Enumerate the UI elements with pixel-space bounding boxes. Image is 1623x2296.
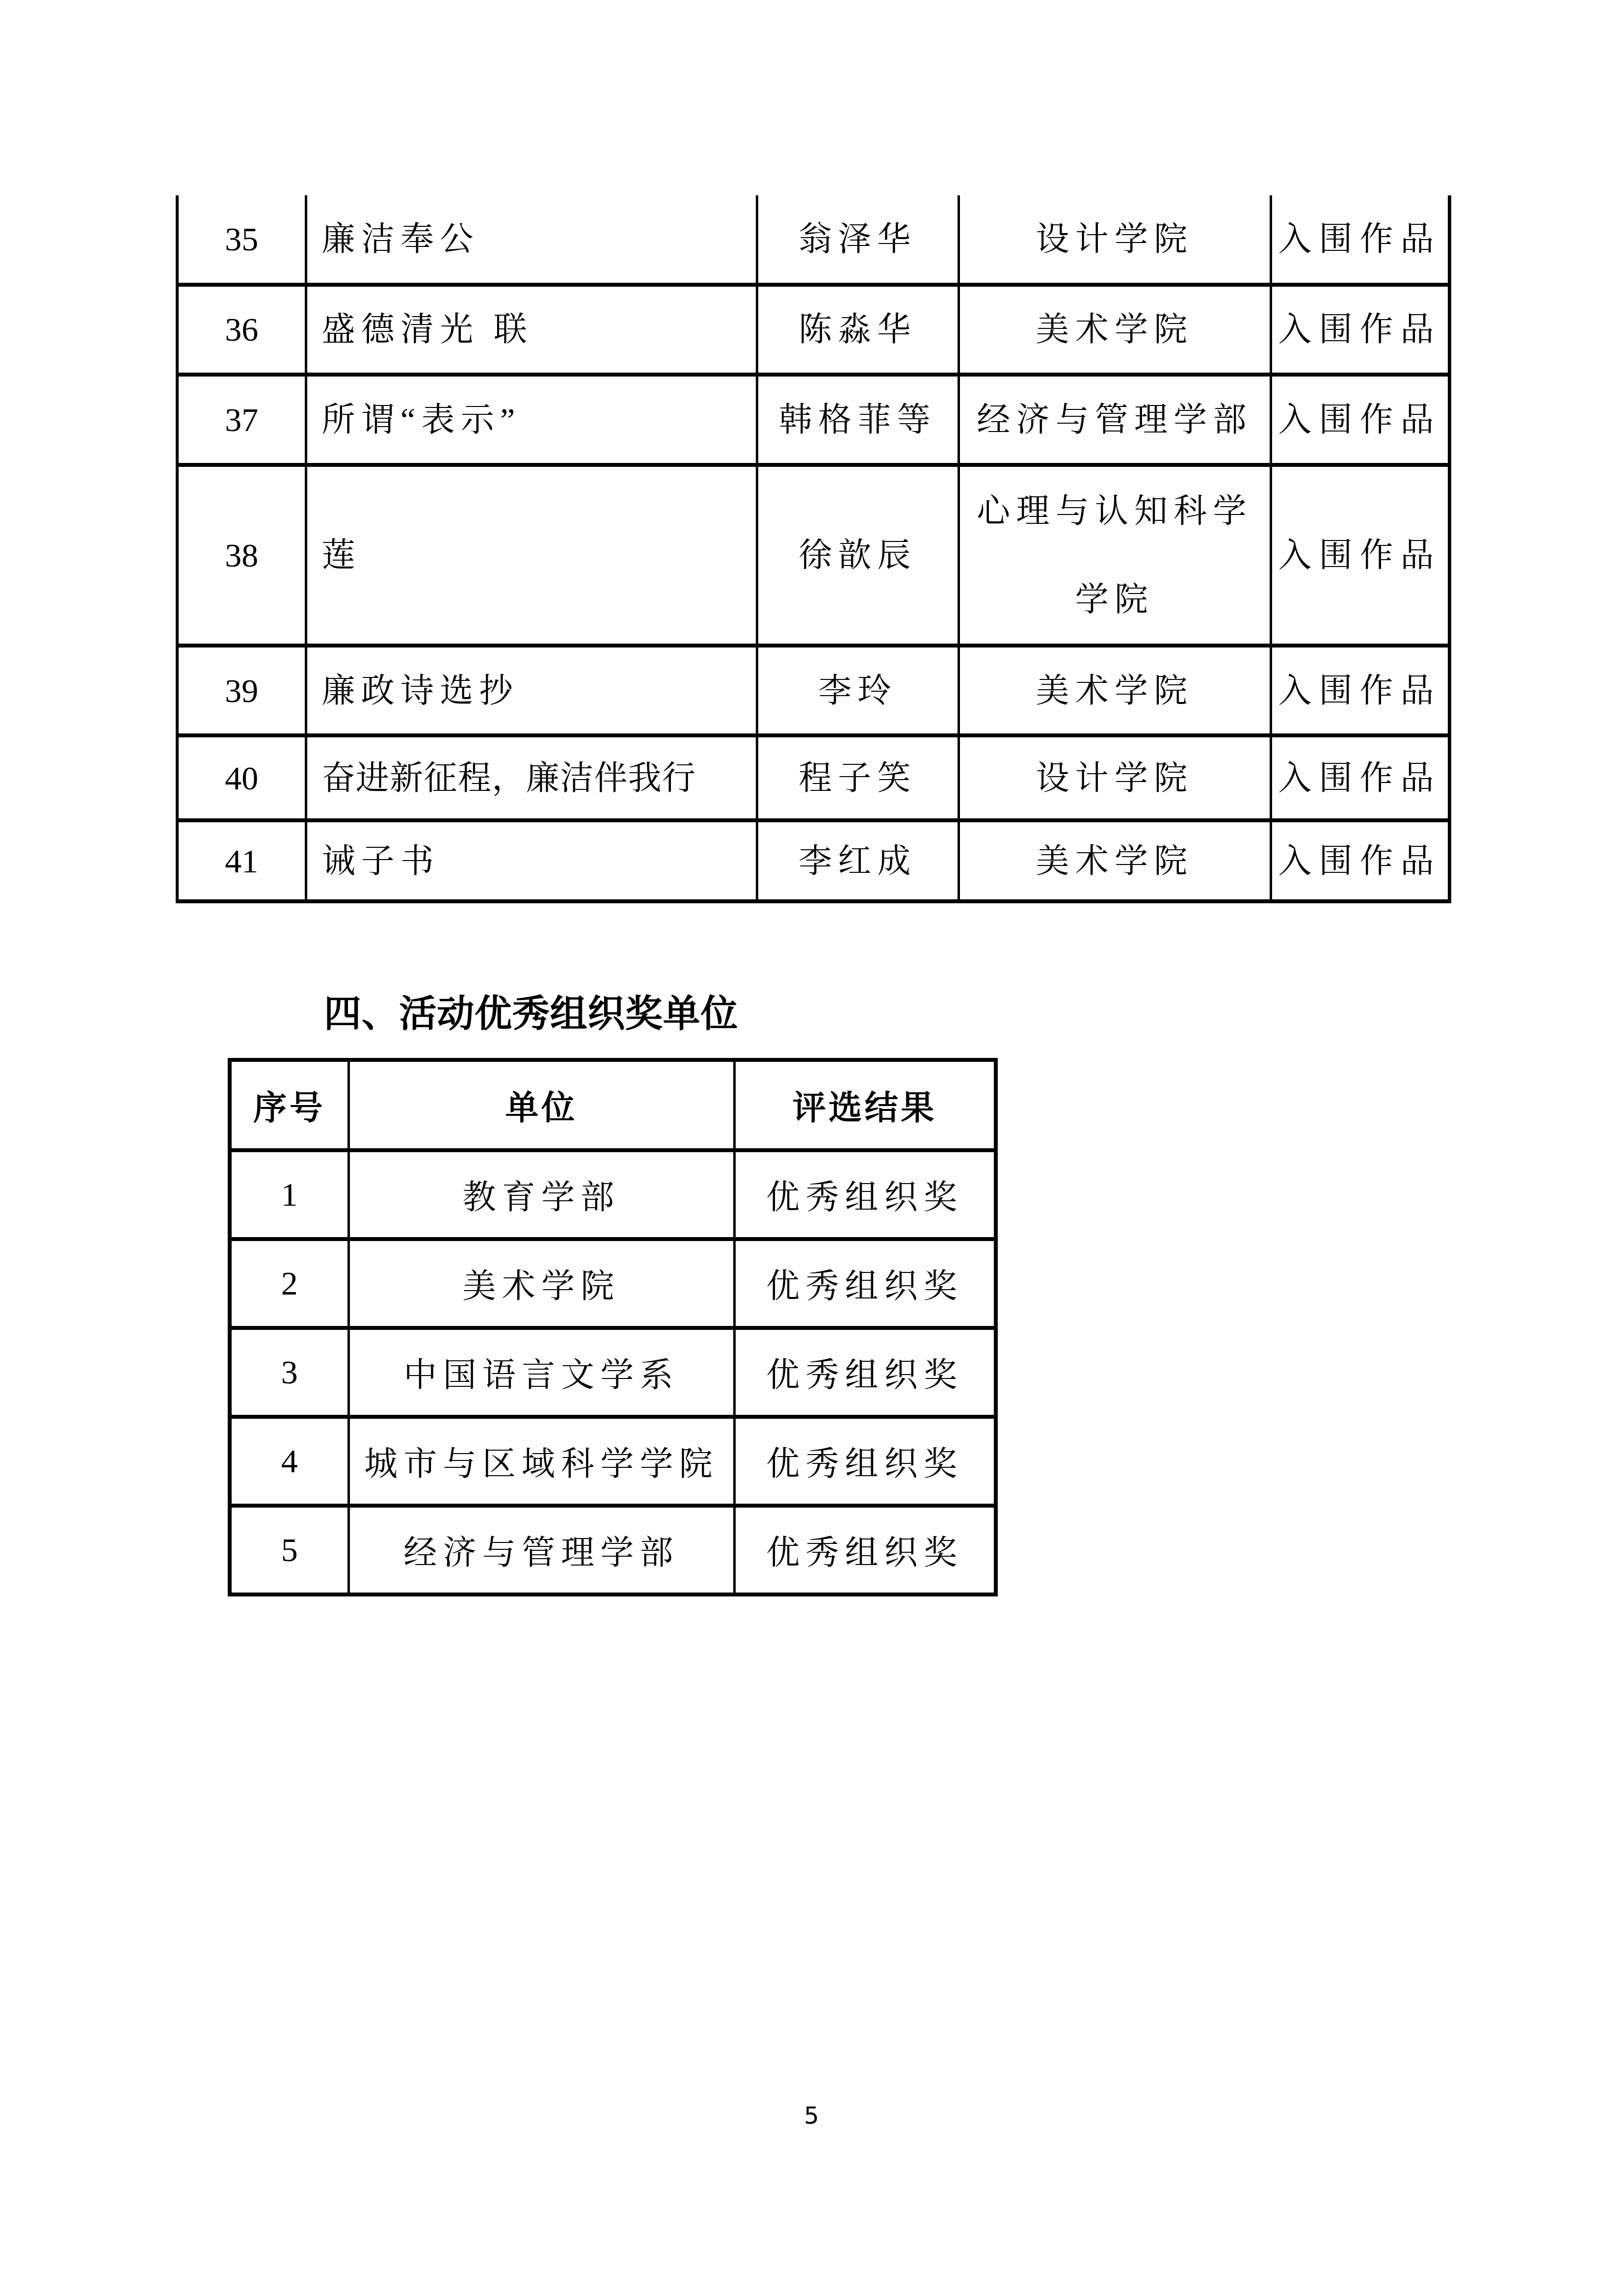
unit-name: 城市与区域科学学院 [348, 1417, 734, 1506]
work-author: 韩格菲等 [757, 375, 958, 465]
work-author: 陈淼华 [757, 285, 958, 375]
work-title: 所谓“表示” [306, 375, 757, 465]
work-no: 41 [177, 820, 306, 901]
shortlisted-works-row: 38莲徐歆辰心理与认知科学学院入围作品 [177, 465, 1449, 646]
shortlisted-works-row: 37所谓“表示”韩格菲等经济与管理学部入围作品 [177, 375, 1449, 465]
work-no: 35 [177, 195, 306, 285]
work-result: 入围作品 [1271, 465, 1449, 646]
work-college: 经济与管理学部 [958, 375, 1271, 465]
header-cell-unit: 单位 [348, 1060, 734, 1150]
header-cell-no: 序号 [230, 1060, 348, 1150]
work-result: 入围作品 [1271, 375, 1449, 465]
work-no: 40 [177, 735, 306, 820]
page-number: 5 [0, 2104, 1623, 2128]
header-cell-result: 评选结果 [734, 1060, 996, 1150]
work-college: 美术学院 [958, 820, 1271, 901]
work-result: 入围作品 [1271, 646, 1449, 735]
work-title: 廉政诗选抄 [306, 646, 757, 735]
work-title: 奋进新征程，廉洁伴我行 [306, 735, 757, 820]
work-college: 美术学院 [958, 285, 1271, 375]
unit-result: 优秀组织奖 [734, 1417, 996, 1506]
work-college: 心理与认知科学学院 [958, 465, 1271, 646]
unit-name: 美术学院 [348, 1239, 734, 1328]
shortlisted-works-row: 41诫子书李红成美术学院入围作品 [177, 820, 1449, 901]
work-result: 入围作品 [1271, 735, 1449, 820]
organization-award-table-header: 序号 单位 评选结果 [230, 1060, 996, 1150]
work-author: 李红成 [757, 820, 958, 901]
organization-award-row: 2美术学院优秀组织奖 [230, 1239, 996, 1328]
work-no: 38 [177, 465, 306, 646]
unit-result: 优秀组织奖 [734, 1328, 996, 1417]
organization-award-table: 序号 单位 评选结果 1教育学部优秀组织奖2美术学院优秀组织奖3中国语言文学系优… [228, 1058, 998, 1596]
unit-name: 经济与管理学部 [348, 1506, 734, 1594]
organization-award-row: 5经济与管理学部优秀组织奖 [230, 1506, 996, 1594]
work-no: 39 [177, 646, 306, 735]
work-result: 入围作品 [1271, 285, 1449, 375]
work-no: 37 [177, 375, 306, 465]
organization-award-row: 4城市与区域科学学院优秀组织奖 [230, 1417, 996, 1506]
work-college: 设计学院 [958, 195, 1271, 285]
organization-award-row: 3中国语言文学系优秀组织奖 [230, 1328, 996, 1417]
work-no: 36 [177, 285, 306, 375]
work-college: 美术学院 [958, 646, 1271, 735]
work-author: 徐歆辰 [757, 465, 958, 646]
work-title: 盛德清光 联 [306, 285, 757, 375]
shortlisted-works-row: 40奋进新征程，廉洁伴我行程子笑设计学院入围作品 [177, 735, 1449, 820]
unit-result: 优秀组织奖 [734, 1239, 996, 1328]
document-page: 35廉洁奉公翁泽华设计学院入围作品36盛德清光 联陈淼华美术学院入围作品37所谓… [0, 0, 1623, 2296]
unit-name: 教育学部 [348, 1150, 734, 1239]
work-author: 程子笑 [757, 735, 958, 820]
shortlisted-works-row: 36盛德清光 联陈淼华美术学院入围作品 [177, 285, 1449, 375]
work-result: 入围作品 [1271, 820, 1449, 901]
unit-no: 1 [230, 1150, 348, 1239]
shortlisted-works-table: 35廉洁奉公翁泽华设计学院入围作品36盛德清光 联陈淼华美术学院入围作品37所谓… [176, 195, 1451, 903]
unit-no: 3 [230, 1328, 348, 1417]
unit-result: 优秀组织奖 [734, 1506, 996, 1594]
unit-name: 中国语言文学系 [348, 1328, 734, 1417]
work-title: 诫子书 [306, 820, 757, 901]
work-author: 李玲 [757, 646, 958, 735]
unit-result: 优秀组织奖 [734, 1150, 996, 1239]
unit-no: 2 [230, 1239, 348, 1328]
shortlisted-works-row: 35廉洁奉公翁泽华设计学院入围作品 [177, 195, 1449, 285]
shortlisted-works-row: 39廉政诗选抄李玲美术学院入围作品 [177, 646, 1449, 735]
unit-no: 5 [230, 1506, 348, 1594]
work-college: 设计学院 [958, 735, 1271, 820]
work-author: 翁泽华 [757, 195, 958, 285]
section-heading: 四、活动优秀组织奖单位 [324, 996, 738, 1033]
unit-no: 4 [230, 1417, 348, 1506]
work-title: 廉洁奉公 [306, 195, 757, 285]
organization-award-row: 1教育学部优秀组织奖 [230, 1150, 996, 1239]
header-row: 序号 单位 评选结果 [230, 1060, 996, 1150]
work-result: 入围作品 [1271, 195, 1449, 285]
work-title: 莲 [306, 465, 757, 646]
shortlisted-works-table-body: 35廉洁奉公翁泽华设计学院入围作品36盛德清光 联陈淼华美术学院入围作品37所谓… [177, 195, 1449, 901]
organization-award-table-body: 1教育学部优秀组织奖2美术学院优秀组织奖3中国语言文学系优秀组织奖4城市与区域科… [230, 1150, 996, 1594]
